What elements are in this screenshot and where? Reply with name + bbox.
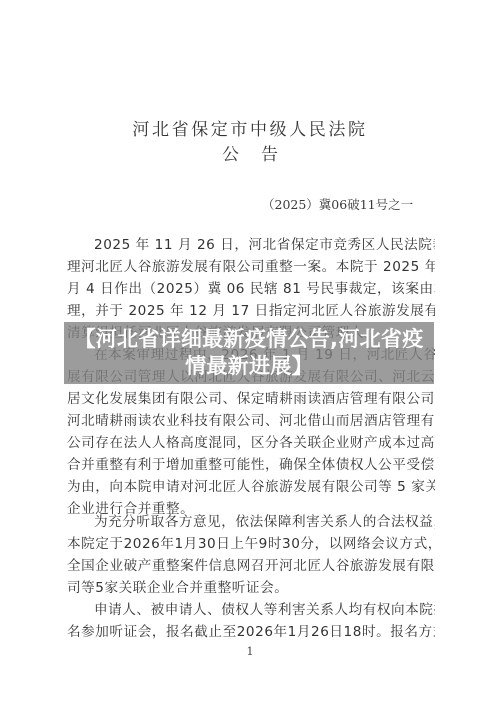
court-name-heading: 河北省保定市中级人民法院 [0, 119, 500, 141]
body-text-line: 理，并于 2025 年 12 月 17 日指定河北匠人谷旅游发展有限公司 [67, 302, 435, 320]
case-number: （2025）冀06破11号之一 [262, 197, 413, 213]
headline-banner-text: 【河北省详细最新疫情公告,河北省疫情最新进展】 [70, 326, 428, 380]
body-text-line: 为由，向本院申请对河北匠人谷旅游发展有限公司等 5 家关联 [67, 478, 435, 496]
body-text-line: 本院定于2026年1月30日上午9时30分，以网络会议方式，通过 [67, 535, 435, 553]
headline-banner-overlay: 【河北省详细最新疫情公告,河北省疫情最新进展】 [64, 322, 434, 384]
body-text-line: 申请人、被申请人、债权人等利害关系人均有权向本院报 [94, 601, 435, 619]
body-text-line: 河北晴耕雨读农业科技有限公司、河北借山而居酒店管理有限 [67, 412, 435, 430]
body-text-line: 2025 年 11 月 26 日，河北省保定市竞秀区人民法院裁定受 [94, 236, 435, 254]
body-text-line: 公司存在法人人格高度混同，区分各关联企业财产成本过高， [67, 434, 435, 452]
body-text-line: 为充分听取各方意见，依法保障利害关系人的合法权益， [94, 513, 435, 531]
body-text-line: 理河北匠人谷旅游发展有限公司重整一案。本院于 2025 年 12 [67, 258, 435, 276]
body-text-line: 月 4 日作出（2025）冀 06 民辖 81 号民事裁定，该案由本院审 [67, 280, 435, 298]
body-text-line: 居文化发展集团有限公司、保定晴耕雨读酒店管理有限公司、 [67, 390, 435, 408]
page-number: 1 [0, 645, 500, 658]
body-text-line: 司等5家关联企业合并重整听证会。 [67, 579, 435, 597]
notice-heading: 公告 [0, 144, 500, 166]
body-text-line: 全国企业破产重整案件信息网召开河北匠人谷旅游发展有限公 [67, 557, 435, 575]
body-text-line: 名参加听证会，报名截止至2026年1月26日18时。报名方式为向 [67, 623, 435, 641]
document-page: 河北省保定市中级人民法院 公告 （2025）冀06破11号之一 2025 年 1… [0, 0, 500, 707]
body-text-line: 合并重整有利于增加重整可能性，确保全体债权人公平受偿等 [67, 456, 435, 474]
